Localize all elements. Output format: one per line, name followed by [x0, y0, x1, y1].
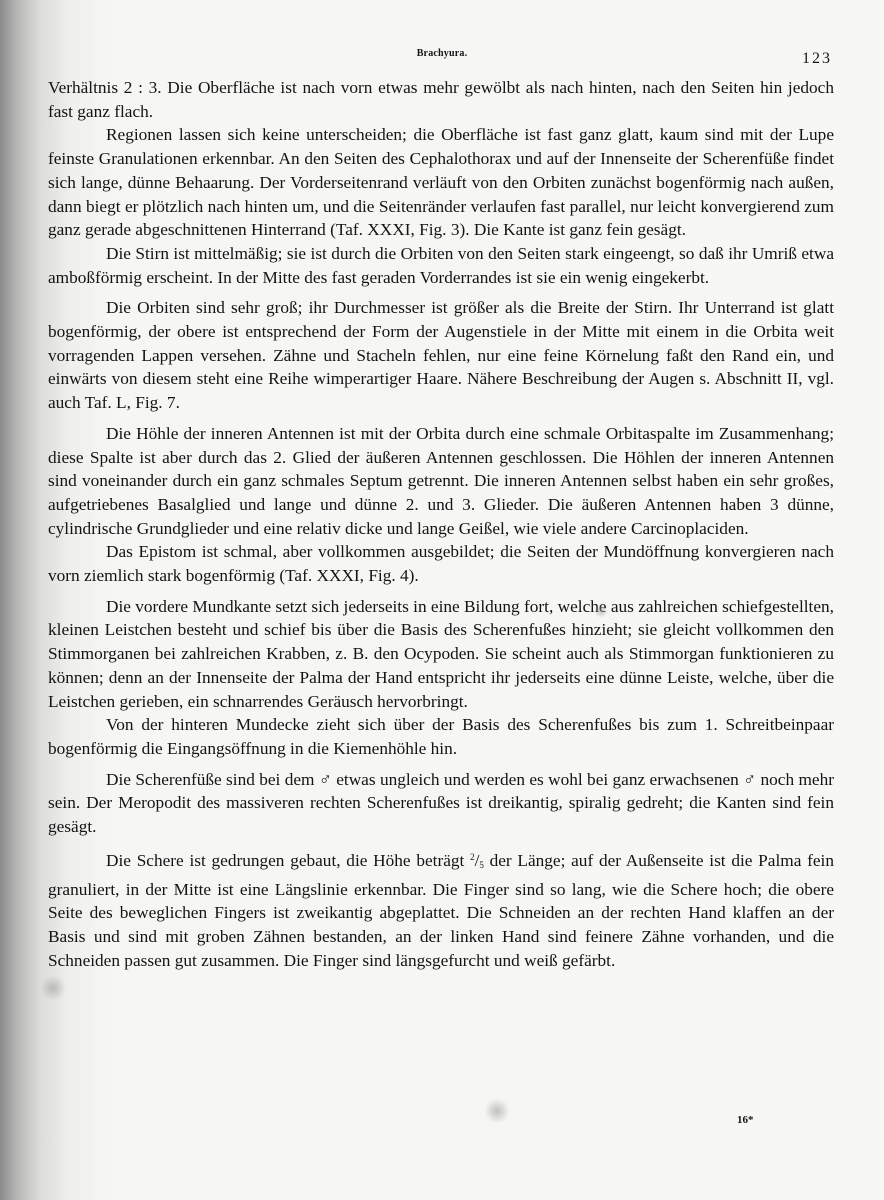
paragraph-stirn: Die Stirn ist mittelmäßig; sie ist durch… — [48, 242, 834, 289]
paragraph-antennen: Die Höhle der inneren Antennen ist mit d… — [48, 422, 834, 541]
scanned-page: Brachyura. 123 Verhältnis 2 : 3. Die Obe… — [0, 0, 884, 1200]
signature-mark: 16* — [737, 1114, 754, 1126]
page-number: 123 — [802, 50, 832, 68]
paragraph-scherenfuesse: Die Scherenfüße sind bei dem ♂ etwas ung… — [48, 768, 834, 839]
scan-blemish — [484, 1098, 510, 1124]
paragraph-epistom: Das Epistom ist schmal, aber vollkommen … — [48, 540, 834, 587]
fraction-numerator: 2 — [470, 852, 475, 862]
running-head: Brachyura. — [0, 48, 884, 59]
body-text: Verhältnis 2 : 3. Die Oberfläche ist nac… — [48, 76, 834, 972]
schere-text-before: Die Schere ist gedrungen gebaut, die Höh… — [106, 851, 470, 870]
paragraph-regionen: Regionen lassen sich keine unterscheiden… — [48, 123, 834, 242]
paragraph-mundecke: Von der hinteren Mundecke zieht sich übe… — [48, 713, 834, 760]
scan-blemish — [594, 604, 608, 618]
fraction: 2/5 — [470, 851, 484, 870]
paragraph-continuation: Verhältnis 2 : 3. Die Oberfläche ist nac… — [48, 76, 834, 123]
paragraph-orbiten: Die Orbiten sind sehr groß; ihr Durchmes… — [48, 296, 834, 415]
paragraph-mundkante: Die vordere Mundkante setzt sich jederse… — [48, 595, 834, 714]
scan-blemish — [40, 975, 66, 1001]
paragraph-schere: Die Schere ist gedrungen gebaut, die Höh… — [48, 846, 834, 973]
